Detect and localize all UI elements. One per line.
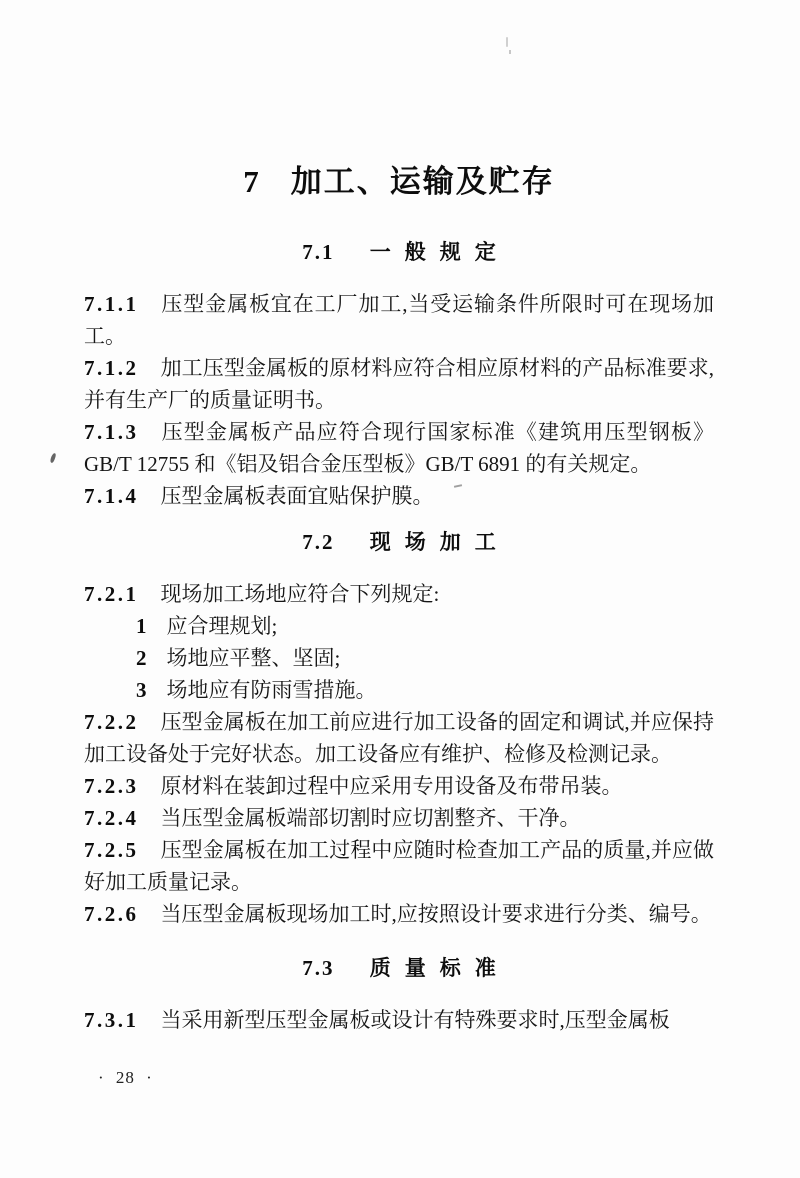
clause-number: 7.2.1	[84, 582, 139, 606]
clause-text: 原材料在装卸过程中应采用专用设备及布带吊装。	[161, 774, 623, 798]
section-7-3: 7.3 质量标准 7.3.1当采用新型压型金属板或设计有特殊要求时,压型金属板	[84, 956, 714, 1036]
clause-number: 7.2.5	[84, 838, 139, 862]
clause-text: 当采用新型压型金属板或设计有特殊要求时,压型金属板	[161, 1008, 670, 1032]
clause-7-1-3: 7.1.3压型金属板产品应符合现行国家标准《建筑用压型钢板》GB/T 12755…	[84, 416, 714, 480]
clause-number: 7.3.1	[84, 1008, 139, 1032]
clause-number: 7.2.4	[84, 806, 139, 830]
list-item-number: 1	[136, 614, 147, 638]
section-title: 一般规定	[370, 240, 510, 264]
clause-7-2-3: 7.2.3原材料在装卸过程中应采用专用设备及布带吊装。	[84, 770, 714, 802]
list-item-number: 3	[136, 678, 147, 702]
section-heading-7-2: 7.2 现场加工	[84, 530, 714, 554]
section-title: 质量标准	[370, 956, 510, 980]
clause-7-2-1: 7.2.1现场加工场地应符合下列规定:	[84, 578, 714, 610]
section-title: 现场加工	[370, 530, 510, 554]
section-7-2: 7.2 现场加工 7.2.1现场加工场地应符合下列规定: 1应合理规划; 2场地…	[84, 530, 714, 930]
clause-text: 加工压型金属板的原材料应符合相应原材料的产品标准要求,并有生产厂的质量证明书。	[84, 356, 714, 412]
clause-text: 压型金属板宜在工厂加工,当受运输条件所限时可在现场加工。	[84, 292, 714, 348]
clause-text: 压型金属板产品应符合现行国家标准《建筑用压型钢板》GB/T 12755 和《铝及…	[84, 420, 714, 476]
clause-text: 压型金属板在加工过程中应随时检查加工产品的质量,并应做好加工质量记录。	[84, 838, 714, 894]
clause-number: 7.1.1	[84, 292, 139, 316]
clause-number: 7.2.3	[84, 774, 139, 798]
clause-7-2-5: 7.2.5压型金属板在加工过程中应随时检查加工产品的质量,并应做好加工质量记录。	[84, 834, 714, 898]
clause-number: 7.2.6	[84, 902, 139, 926]
chapter-title-text: 加工、运输及贮存	[291, 163, 555, 200]
clause-number: 7.2.2	[84, 710, 139, 734]
clause-number: 7.1.2	[84, 356, 139, 380]
clause-text: 现场加工场地应符合下列规定:	[161, 582, 440, 606]
page-content: 7 加工、运输及贮存 7.1 一般规定 7.1.1压型金属板宜在工厂加工,当受运…	[0, 0, 800, 1036]
section-heading-7-3: 7.3 质量标准	[84, 956, 714, 980]
list-item-1: 1应合理规划;	[84, 610, 714, 642]
clause-number: 7.1.4	[84, 484, 139, 508]
clause-7-1-4: 7.1.4压型金属板表面宜贴保护膜。	[84, 480, 714, 512]
list-item-2: 2场地应平整、坚固;	[84, 642, 714, 674]
section-number: 7.2	[302, 530, 334, 554]
document-page: 7 加工、运输及贮存 7.1 一般规定 7.1.1压型金属板宜在工厂加工,当受运…	[0, 0, 800, 1178]
list-item-3: 3场地应有防雨雪措施。	[84, 674, 714, 706]
list-item-number: 2	[136, 646, 147, 670]
clause-number: 7.1.3	[84, 420, 139, 444]
chapter-heading: 7 加工、运输及贮存	[84, 163, 714, 200]
section-number: 7.3	[302, 956, 334, 980]
clause-7-2-4: 7.2.4当压型金属板端部切割时应切割整齐、干净。	[84, 802, 714, 834]
chapter-number: 7	[243, 163, 261, 200]
clause-7-2-2: 7.2.2压型金属板在加工前应进行加工设备的固定和调试,并应保持加工设备处于完好…	[84, 706, 714, 770]
clause-text: 当压型金属板现场加工时,应按照设计要求进行分类、编号。	[161, 902, 712, 926]
scan-speck	[506, 37, 508, 47]
clause-text: 压型金属板表面宜贴保护膜。	[161, 484, 434, 508]
clause-7-2-6: 7.2.6当压型金属板现场加工时,应按照设计要求进行分类、编号。	[84, 898, 714, 930]
clause-text: 压型金属板在加工前应进行加工设备的固定和调试,并应保持加工设备处于完好状态。加工…	[84, 710, 714, 766]
section-7-1: 7.1 一般规定 7.1.1压型金属板宜在工厂加工,当受运输条件所限时可在现场加…	[84, 240, 714, 512]
page-number: · 28 ·	[98, 1068, 153, 1088]
clause-7-1-2: 7.1.2加工压型金属板的原材料应符合相应原材料的产品标准要求,并有生产厂的质量…	[84, 352, 714, 416]
section-number: 7.1	[302, 240, 334, 264]
section-heading-7-1: 7.1 一般规定	[84, 240, 714, 264]
clause-7-1-1: 7.1.1压型金属板宜在工厂加工,当受运输条件所限时可在现场加工。	[84, 288, 714, 352]
clause-7-3-1: 7.3.1当采用新型压型金属板或设计有特殊要求时,压型金属板	[84, 1004, 714, 1036]
list-item-text: 应合理规划;	[167, 614, 278, 638]
clause-text: 当压型金属板端部切割时应切割整齐、干净。	[161, 806, 581, 830]
scan-speck	[509, 50, 511, 54]
list-item-text: 场地应平整、坚固;	[167, 646, 341, 670]
list-item-text: 场地应有防雨雪措施。	[167, 678, 377, 702]
